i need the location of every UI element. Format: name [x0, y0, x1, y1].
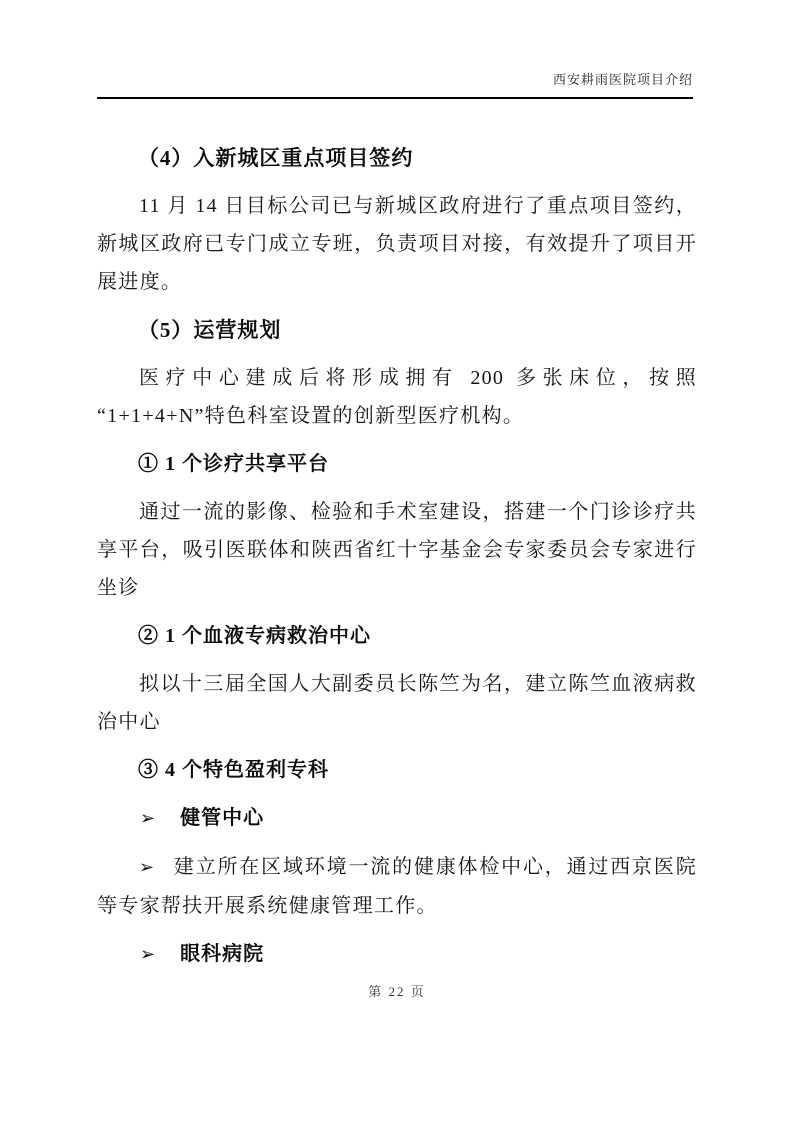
heading-item-2: ② 1 个血液专病救治中心: [97, 617, 697, 655]
paragraph-section-4: 11 月 14 日目标公司已与新城区政府进行了重点项目签约，新城区政府已专门成立…: [97, 187, 697, 301]
document-page: 西安耕雨医院项目介绍 （4）入新城区重点项目签约 11 月 14 日目标公司已与…: [0, 0, 794, 1123]
bullet-paragraph-health-center: ➢建立所在区域环境一流的健康体检中心，通过西京医院等专家帮扶开展系统健康管理工作…: [97, 848, 697, 925]
header-title: 西安耕雨医院项目介绍: [553, 72, 693, 87]
paragraph-section-5: 医疗中心建成后将形成拥有 200 多张床位，按照“1+1+4+N”特色科室设置的…: [97, 359, 697, 435]
bullet-heading-health-center: ➢健管中心: [97, 799, 697, 838]
paragraph-item-1: 通过一流的影像、检验和手术室建设，搭建一个门诊诊疗共享平台，吸引医联体和陕西省红…: [97, 493, 697, 607]
bullet-paragraph-text: 建立所在区域环境一流的健康体检中心，通过西京医院等专家帮扶开展系统健康管理工作。: [97, 856, 697, 917]
heading-item-1: ① 1 个诊疗共享平台: [97, 445, 697, 483]
heading-item-3: ③ 4 个特色盈利专科: [97, 751, 697, 789]
header-rule: [97, 97, 693, 99]
bullet-heading-label: 眼科病院: [180, 943, 264, 965]
bullet-heading-eye-hospital: ➢眼科病院: [97, 935, 697, 974]
bullet-heading-label: 健管中心: [180, 807, 264, 829]
document-body: （4）入新城区重点项目签约 11 月 14 日目标公司已与新城区政府进行了重点项…: [97, 139, 697, 984]
arrow-bullet-icon: ➢: [139, 857, 155, 878]
page-number-label: 第 22 页: [368, 984, 426, 999]
page-header: 西安耕雨医院项目介绍: [97, 72, 693, 88]
heading-section-4: （4）入新城区重点项目签约: [97, 139, 697, 177]
arrow-bullet-icon: ➢: [140, 944, 156, 965]
paragraph-item-2: 拟以十三届全国人大副委员长陈竺为名，建立陈竺血液病救治中心: [97, 665, 697, 741]
page-footer: 第 22 页: [0, 983, 794, 1000]
heading-section-5: （5）运营规划: [97, 311, 697, 349]
arrow-bullet-icon: ➢: [140, 808, 156, 829]
